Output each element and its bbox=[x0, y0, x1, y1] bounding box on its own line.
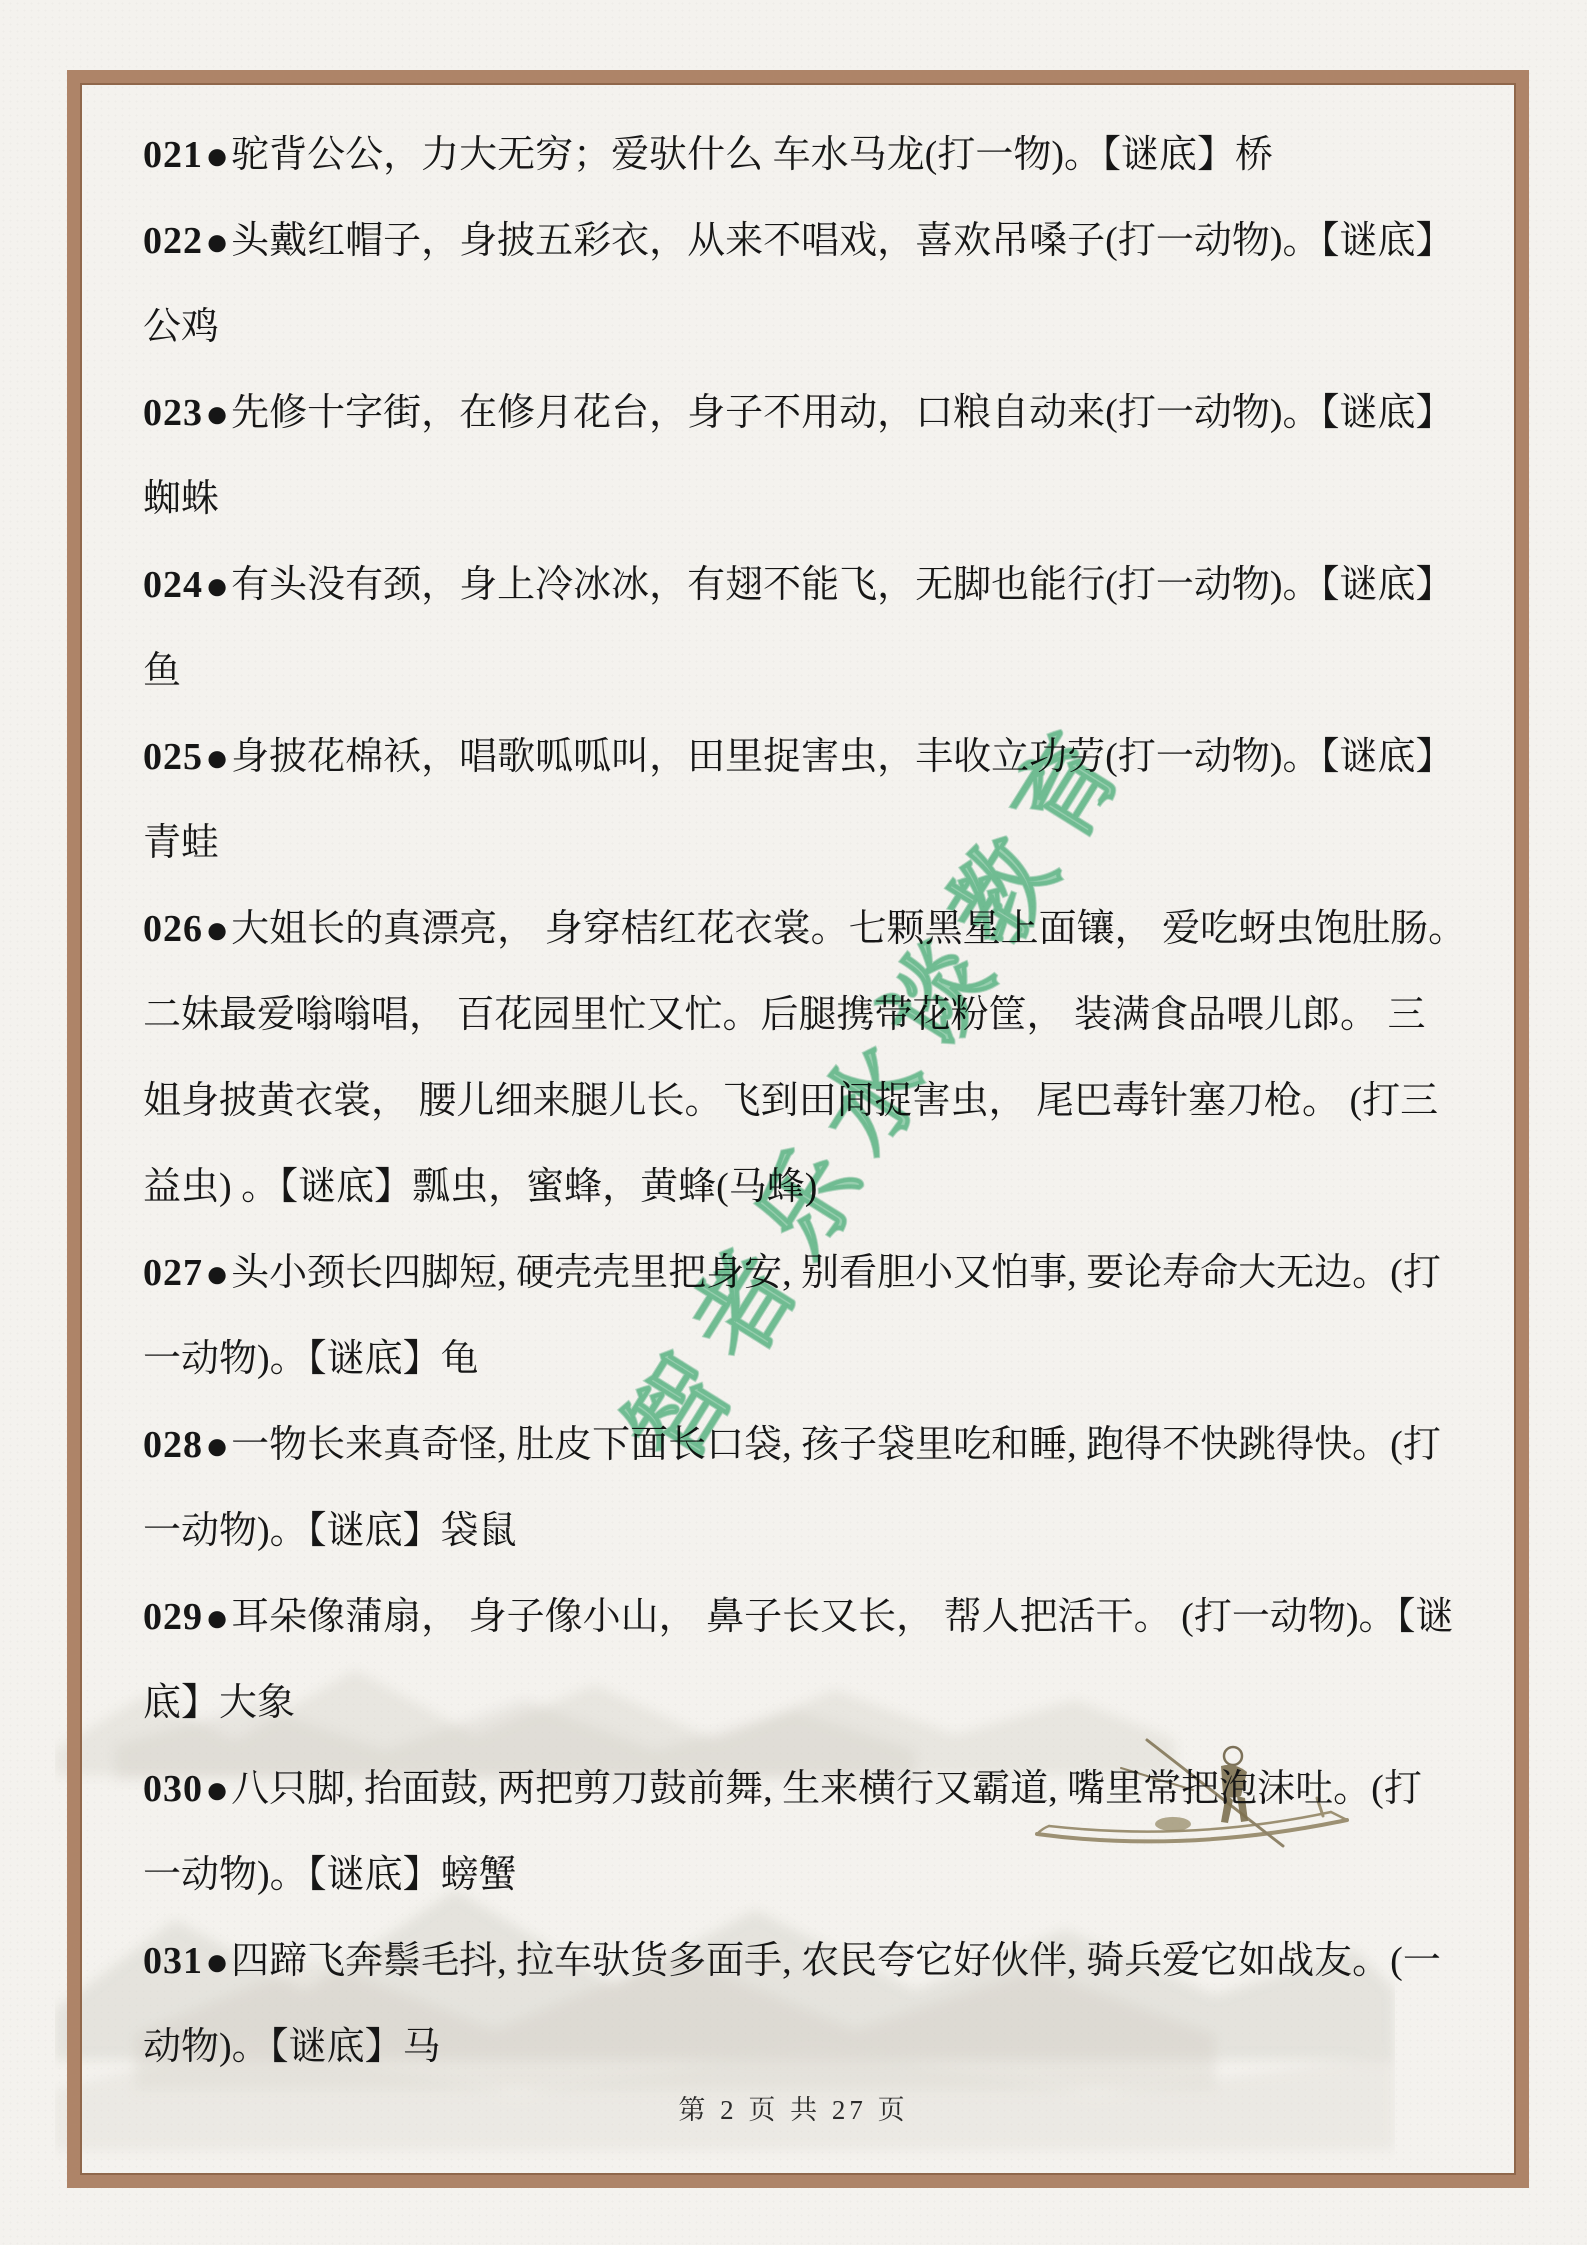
riddle-026-line-3: 姐身披黄衣裳， 腰儿细来腿儿长。飞到田间捉害虫， 尾巴毒针塞刀枪。 (打三 bbox=[143, 1058, 1527, 1144]
bullet-icon: ● bbox=[203, 1767, 231, 1812]
riddle-025-answer: 青蛙 bbox=[143, 800, 1527, 886]
riddle-031: 031●四蹄飞奔鬃毛抖, 拉车驮货多面手, 农民夸它好伙伴, 骑兵爱它如战友。(… bbox=[143, 1918, 1527, 2004]
riddle-023-number: 023 bbox=[143, 392, 203, 434]
bullet-icon: ● bbox=[203, 391, 231, 436]
document-page: { "page": { "bullet": "●", "footer": "第 … bbox=[0, 0, 1587, 2245]
riddle-026: 026●大姐长的真漂亮， 身穿桔红花衣裳。七颗黑星上面镶， 爱吃蚜虫饱肚肠。 bbox=[143, 886, 1527, 972]
page-number: 第 2 页 共 27 页 bbox=[0, 2088, 1587, 2127]
riddle-029-text-2: 底】大象 bbox=[143, 1682, 295, 1724]
riddle-027-number: 027 bbox=[143, 1252, 203, 1294]
riddle-031-text: 四蹄飞奔鬃毛抖, 拉车驮货多面手, 农民夸它好伙伴, 骑兵爱它如战友。(一 bbox=[231, 1940, 1441, 1982]
riddle-024-answer: 鱼 bbox=[143, 628, 1527, 714]
bullet-icon: ● bbox=[203, 907, 231, 952]
bullet-icon: ● bbox=[203, 1251, 231, 1296]
riddle-022-text: 头戴红帽子，身披五彩衣，从来不唱戏，喜欢吊嗓子(打一动物)。【谜底】 bbox=[231, 220, 1453, 262]
riddle-024: 024●有头没有颈，身上冷冰冰，有翅不能飞，无脚也能行(打一动物)。【谜底】 bbox=[143, 542, 1527, 628]
riddle-026-answer: 益虫) 。【谜底】瓢虫，蜜蜂，黄蜂(马蜂) bbox=[143, 1144, 1527, 1230]
riddle-024-text-2: 鱼 bbox=[143, 650, 181, 692]
riddle-027-text-2: 一动物)。【谜底】龟 bbox=[143, 1338, 479, 1380]
riddle-025-text-2: 青蛙 bbox=[143, 822, 219, 864]
bullet-icon: ● bbox=[203, 735, 231, 780]
riddle-028-answer: 一动物)。【谜底】袋鼠 bbox=[143, 1488, 1527, 1574]
riddle-028: 028●一物长来真奇怪, 肚皮下面长口袋, 孩子袋里吃和睡, 跑得不快跳得快。(… bbox=[143, 1402, 1527, 1488]
riddle-028-number: 028 bbox=[143, 1424, 203, 1466]
riddle-026-text-2: 二妹最爱嗡嗡唱， 百花园里忙又忙。后腿携带花粉筐， 装满食品喂儿郎。 三 bbox=[143, 994, 1426, 1036]
riddle-023-answer: 蜘蛛 bbox=[143, 456, 1527, 542]
riddle-028-text-2: 一动物)。【谜底】袋鼠 bbox=[143, 1510, 517, 1552]
riddle-021: 021●驼背公公，力大无穷；爱驮什么 车水马龙(打一物)。【谜底】桥 bbox=[143, 112, 1527, 198]
riddle-026-text-4: 益虫) 。【谜底】瓢虫，蜜蜂，黄蜂(马蜂) bbox=[143, 1166, 817, 1208]
riddle-024-text: 有头没有颈，身上冷冰冰，有翅不能飞，无脚也能行(打一动物)。【谜底】 bbox=[231, 564, 1453, 606]
bullet-icon: ● bbox=[203, 1939, 231, 1984]
riddle-029-text: 耳朵像蒲扇， 身子像小山， 鼻子长又长， 帮人把活干。 (打一动物)。【谜 bbox=[231, 1596, 1453, 1638]
riddle-027-answer: 一动物)。【谜底】龟 bbox=[143, 1316, 1527, 1402]
riddle-029-number: 029 bbox=[143, 1596, 203, 1638]
riddle-027-text: 头小颈长四脚短, 硬壳壳里把身安, 别看胆小又怕事, 要论寿命大无边。(打 bbox=[231, 1252, 1441, 1294]
riddle-026-number: 026 bbox=[143, 908, 203, 950]
riddle-030: 030●八只脚, 抬面鼓, 两把剪刀鼓前舞, 生来横行又霸道, 嘴里常把泡沫吐。… bbox=[143, 1746, 1527, 1832]
riddle-028-text: 一物长来真奇怪, 肚皮下面长口袋, 孩子袋里吃和睡, 跑得不快跳得快。(打 bbox=[231, 1424, 1441, 1466]
riddle-025: 025●身披花棉袄，唱歌呱呱叫，田里捉害虫，丰收立功劳(打一动物)。【谜底】 bbox=[143, 714, 1527, 800]
riddle-022-text-2: 公鸡 bbox=[143, 306, 219, 348]
riddle-027: 027●头小颈长四脚短, 硬壳壳里把身安, 别看胆小又怕事, 要论寿命大无边。(… bbox=[143, 1230, 1527, 1316]
riddle-030-text-2: 一动物)。【谜底】螃蟹 bbox=[143, 1854, 517, 1896]
riddle-031-number: 031 bbox=[143, 1940, 203, 1982]
riddle-022-number: 022 bbox=[143, 220, 203, 262]
riddle-023: 023●先修十字街，在修月花台，身子不用动，口粮自动来(打一动物)。【谜底】 bbox=[143, 370, 1527, 456]
riddle-023-text-2: 蜘蛛 bbox=[143, 478, 219, 520]
riddle-022-answer: 公鸡 bbox=[143, 284, 1527, 370]
riddle-025-text: 身披花棉袄，唱歌呱呱叫，田里捉害虫，丰收立功劳(打一动物)。【谜底】 bbox=[231, 736, 1453, 778]
riddle-030-number: 030 bbox=[143, 1768, 203, 1810]
riddle-021-text: 驼背公公，力大无穷；爱驮什么 车水马龙(打一物)。【谜底】桥 bbox=[231, 134, 1273, 176]
riddle-031-answer: 动物)。【谜底】马 bbox=[143, 2004, 1527, 2090]
bullet-icon: ● bbox=[203, 563, 231, 608]
bullet-icon: ● bbox=[203, 133, 231, 178]
riddle-029: 029●耳朵像蒲扇， 身子像小山， 鼻子长又长， 帮人把活干。 (打一动物)。【… bbox=[143, 1574, 1527, 1660]
bullet-icon: ● bbox=[203, 1423, 231, 1468]
riddle-026-line-2: 二妹最爱嗡嗡唱， 百花园里忙又忙。后腿携带花粉筐， 装满食品喂儿郎。 三 bbox=[143, 972, 1527, 1058]
bullet-icon: ● bbox=[203, 219, 231, 264]
riddle-030-text: 八只脚, 抬面鼓, 两把剪刀鼓前舞, 生来横行又霸道, 嘴里常把泡沫吐。(打 bbox=[231, 1768, 1422, 1810]
riddle-021-number: 021 bbox=[143, 134, 203, 176]
riddle-024-number: 024 bbox=[143, 564, 203, 606]
riddle-029-answer: 底】大象 bbox=[143, 1660, 1527, 1746]
riddle-022: 022●头戴红帽子，身披五彩衣，从来不唱戏，喜欢吊嗓子(打一动物)。【谜底】 bbox=[143, 198, 1527, 284]
riddle-025-number: 025 bbox=[143, 736, 203, 778]
riddle-026-text: 大姐长的真漂亮， 身穿桔红花衣裳。七颗黑星上面镶， 爱吃蚜虫饱肚肠。 bbox=[231, 908, 1466, 950]
riddle-026-text-3: 姐身披黄衣裳， 腰儿细来腿儿长。飞到田间捉害虫， 尾巴毒针塞刀枪。 (打三 bbox=[143, 1080, 1438, 1122]
riddle-023-text: 先修十字街，在修月花台，身子不用动，口粮自动来(打一动物)。【谜底】 bbox=[231, 392, 1453, 434]
riddle-list: 021●驼背公公，力大无穷；爱驮什么 车水马龙(打一物)。【谜底】桥 022●头… bbox=[143, 112, 1527, 2090]
riddle-031-text-2: 动物)。【谜底】马 bbox=[143, 2026, 441, 2068]
bullet-icon: ● bbox=[203, 1595, 231, 1640]
riddle-030-answer: 一动物)。【谜底】螃蟹 bbox=[143, 1832, 1527, 1918]
